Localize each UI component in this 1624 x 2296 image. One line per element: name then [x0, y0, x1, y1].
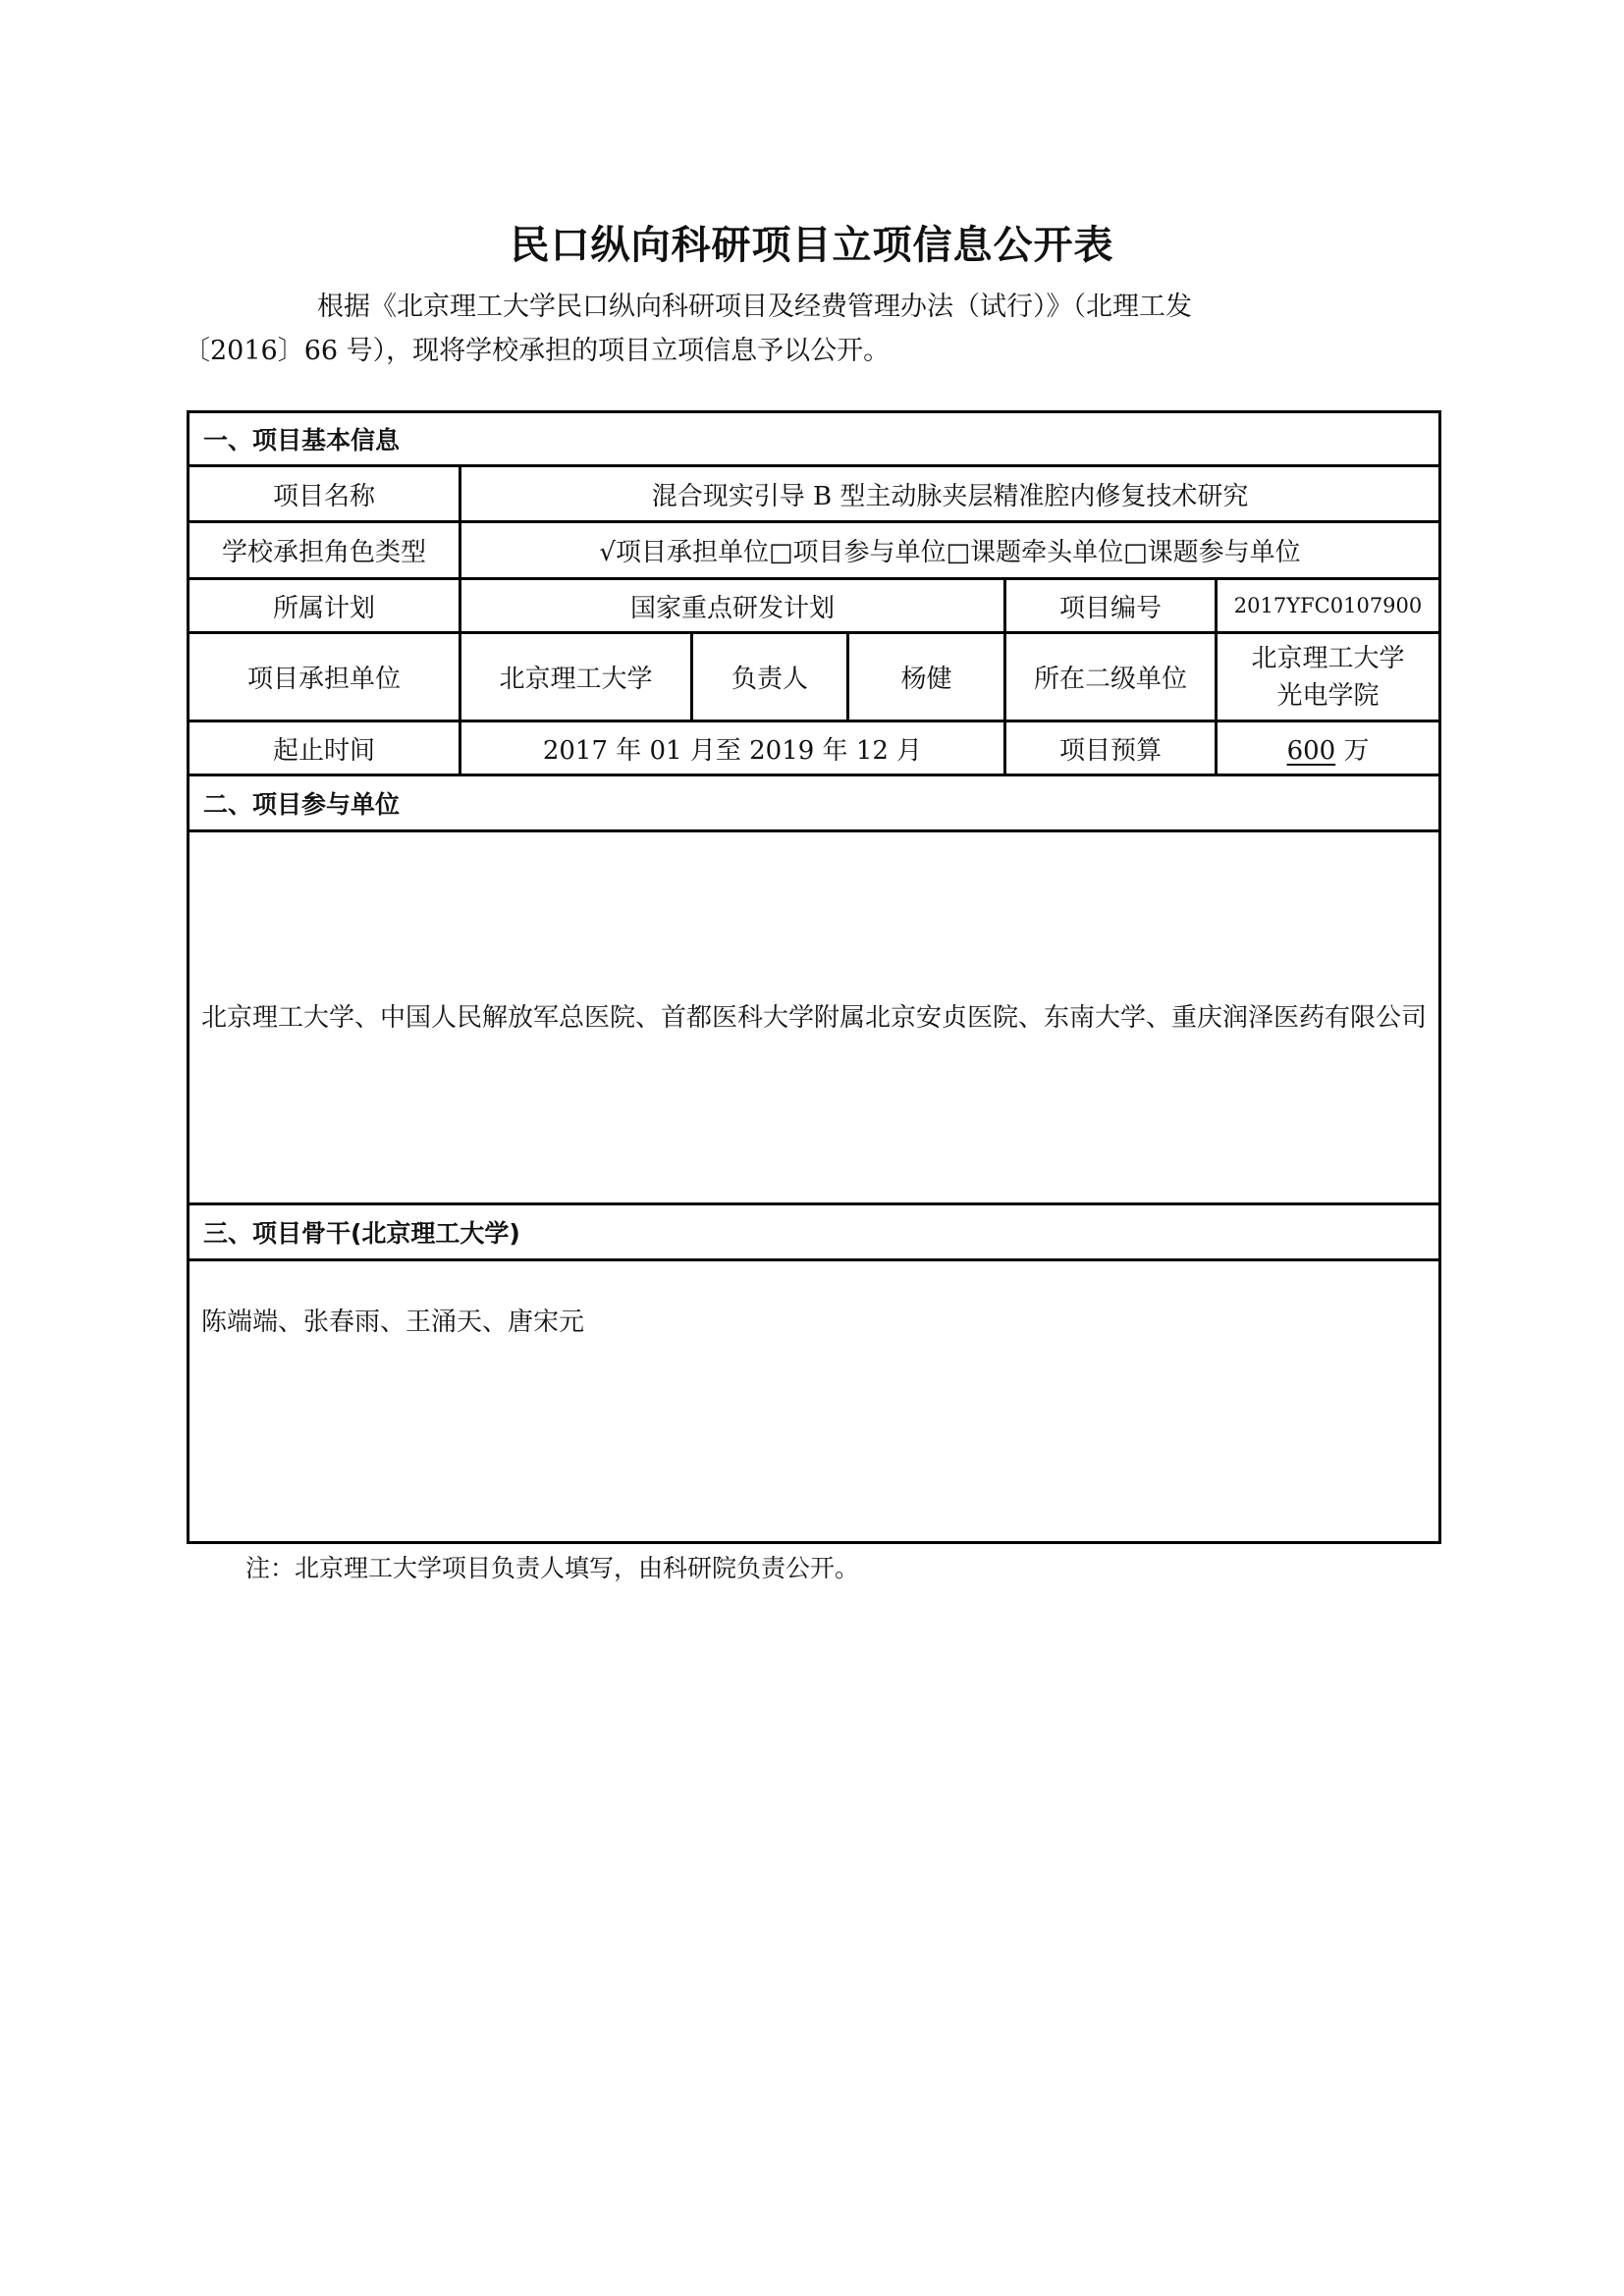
participating-units: 北京理工大学、中国人民解放军总医院、首都医科大学附属北京安贞医院、东南大学、重庆…	[189, 831, 1440, 1204]
section-3-heading: 三、项目骨干(北京理工大学)	[189, 1204, 1440, 1260]
sub-unit-value-line-1: 北京理工大学	[1218, 640, 1438, 677]
period-value: 2017 年 01 月至 2019 年 12 月	[460, 721, 1005, 775]
project-name-label: 项目名称	[189, 466, 460, 522]
budget-unit: 万	[1343, 736, 1369, 766]
leader-label: 负责人	[692, 633, 848, 721]
footnote: 注：北京理工大学项目负责人填写，由科研院负责公开。	[245, 1549, 859, 1584]
role-type-label: 学校承担角色类型	[189, 522, 460, 579]
plan-value: 国家重点研发计划	[460, 579, 1005, 633]
project-no-label: 项目编号	[1005, 579, 1217, 633]
info-table: 一、项目基本信息 项目名称 混合现实引导 B 型主动脉夹层精准腔内修复技术研究 …	[187, 410, 1441, 1544]
project-name-value: 混合现实引导 B 型主动脉夹层精准腔内修复技术研究	[460, 466, 1440, 522]
sub-unit-value: 北京理工大学 光电学院	[1217, 633, 1440, 721]
plan-label: 所属计划	[189, 579, 460, 633]
project-no-value: 2017YFC0107900	[1217, 579, 1440, 633]
leader-value: 杨健	[848, 633, 1005, 721]
key-members: 陈端端、张春雨、王涌天、唐宋元	[189, 1260, 1440, 1543]
sub-unit-value-line-2: 光电学院	[1218, 677, 1438, 715]
unit-value: 北京理工大学	[460, 633, 692, 721]
period-label: 起止时间	[189, 721, 460, 775]
budget-label: 项目预算	[1005, 721, 1217, 775]
unit-label: 项目承担单位	[189, 633, 460, 721]
sub-unit-label: 所在二级单位	[1005, 633, 1217, 721]
section-1-heading: 一、项目基本信息	[189, 412, 1440, 466]
budget-amount: 600	[1287, 736, 1336, 766]
section-2-heading: 二、项目参与单位	[189, 775, 1440, 831]
intro-line-1: 根据《北京理工大学民口纵向科研项目及经费管理办法（试行）》（北理工发	[250, 285, 1389, 329]
role-type-value: √项目承担单位□项目参与单位□课题牵头单位□课题参与单位	[460, 522, 1440, 579]
intro-line-2: 〔2016〕66 号），现将学校承担的项目立项信息予以公开。	[250, 329, 1389, 373]
intro-paragraph: 根据《北京理工大学民口纵向科研项目及经费管理办法（试行）》（北理工发 〔2016…	[184, 285, 1389, 373]
key-members-text: 陈端端、张春雨、王涌天、唐宋元	[201, 1308, 584, 1337]
budget-value: 600 万	[1217, 721, 1440, 775]
page-title: 民口纵向科研项目立项信息公开表	[0, 214, 1624, 270]
